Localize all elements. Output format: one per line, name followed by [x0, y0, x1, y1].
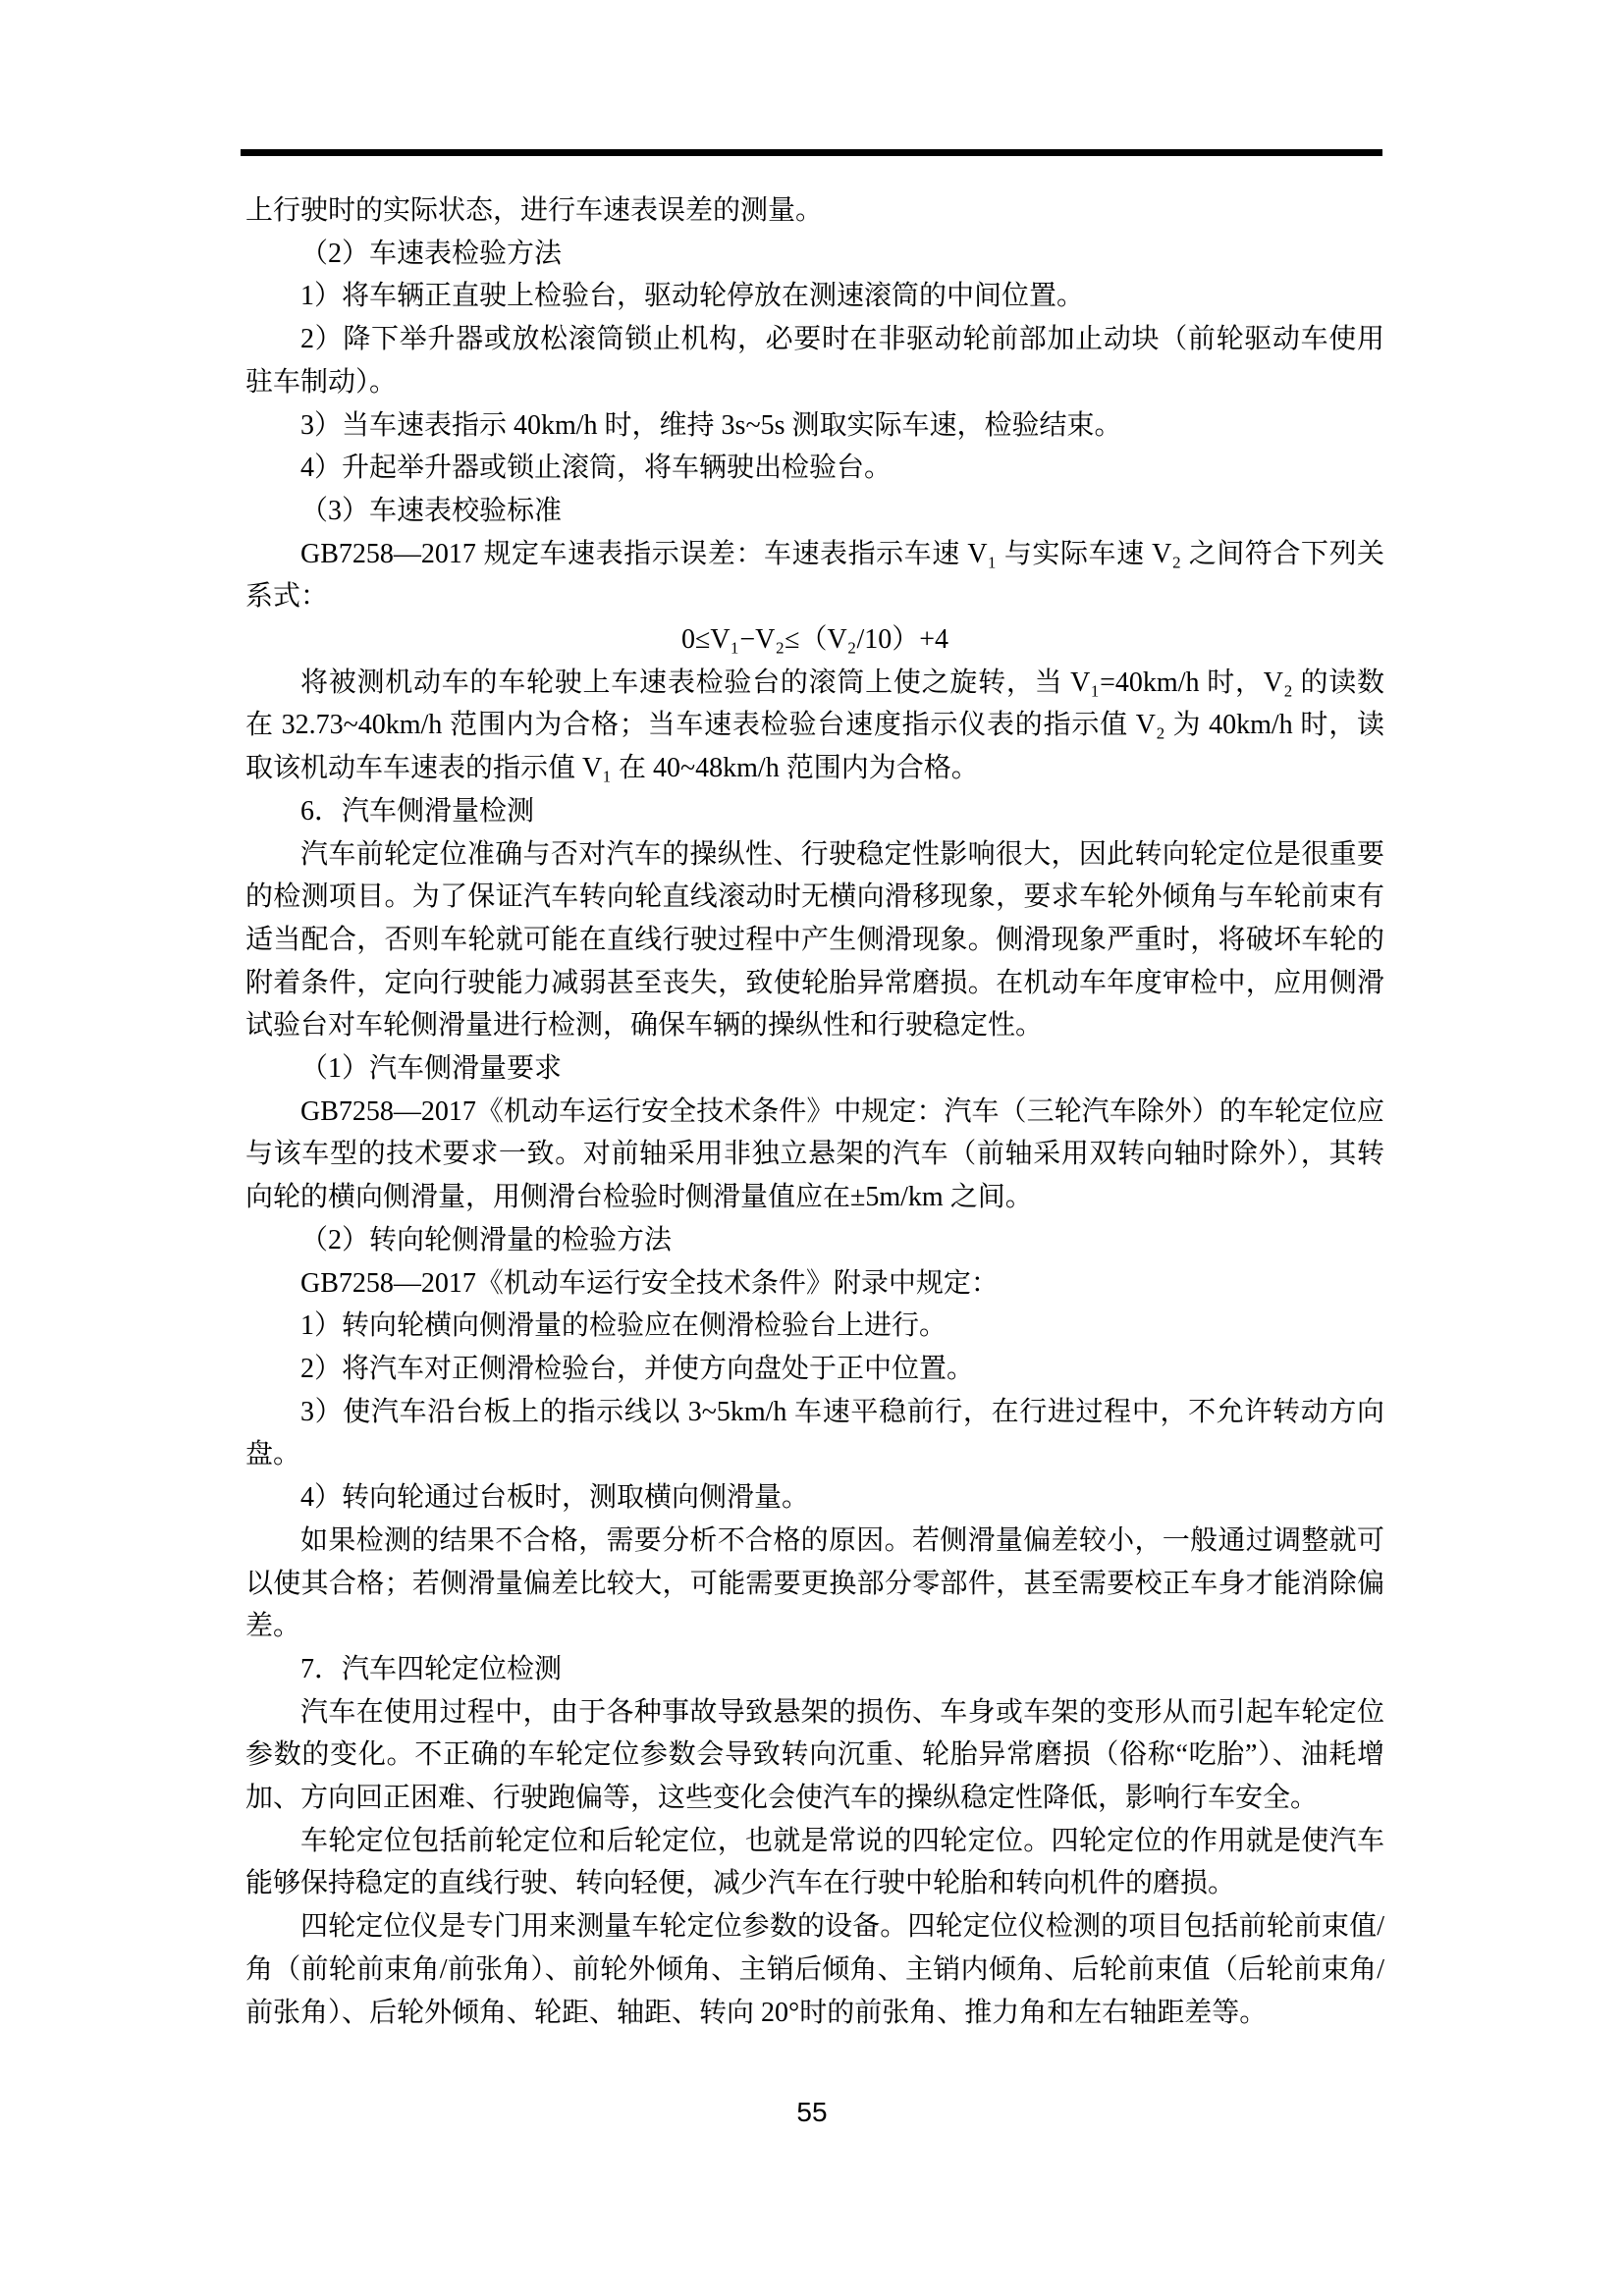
step-paragraph: 4）升起举升器或锁止滚筒，将车辆驶出检验台。 [245, 447, 1384, 490]
paragraph-continuation: 上行驶时的实际状态，进行车速表误差的测量。 [245, 189, 1384, 233]
paragraph: GB7258—2017《机动车运行安全技术条件》附录中规定： [245, 1262, 1384, 1306]
paragraph: 车轮定位包括前轮定位和后轮定位，也就是常说的四轮定位。四轮定位的作用就是使汽车能… [245, 1820, 1384, 1905]
document-page: 上行驶时的实际状态，进行车速表误差的测量。 （2）车速表检验方法 1）将车辆正直… [0, 0, 1624, 2296]
subsection-heading: （1）汽车侧滑量要求 [245, 1047, 1384, 1091]
page-body: 上行驶时的实际状态，进行车速表误差的测量。 （2）车速表检验方法 1）将车辆正直… [245, 189, 1384, 2034]
paragraph: 如果检测的结果不合格，需要分析不合格的原因。若侧滑量偏差较小，一般通过调整就可以… [245, 1520, 1384, 1648]
page-number: 55 [0, 2095, 1624, 2130]
step-paragraph: 3）使汽车沿台板上的指示线以 3~5km/h 车速平稳前行，在行进过程中，不允许… [245, 1391, 1384, 1476]
section-heading: 6．汽车侧滑量检测 [245, 790, 1384, 833]
step-paragraph: 1）将车辆正直驶上检验台，驱动轮停放在测速滚筒的中间位置。 [245, 275, 1384, 318]
paragraph: 四轮定位仪是专门用来测量车轮定位参数的设备。四轮定位仪检测的项目包括前轮前束值/… [245, 1905, 1384, 2034]
paragraph: 汽车在使用过程中，由于各种事故导致悬架的损伤、车身或车架的变形从而引起车轮定位参… [245, 1691, 1384, 1820]
paragraph: 将被测机动车的车轮驶上车速表检验台的滚筒上使之旋转，当 V₁=40km/h 时，… [245, 662, 1384, 790]
section-heading: 7．汽车四轮定位检测 [245, 1648, 1384, 1691]
paragraph: GB7258—2017 规定车速表指示误差：车速表指示车速 V₁ 与实际车速 V… [245, 533, 1384, 618]
formula: 0≤V₁−V₂≤（V₂/10）+4 [245, 618, 1384, 662]
subsection-heading: （3）车速表校验标准 [245, 490, 1384, 533]
step-paragraph: 1）转向轮横向侧滑量的检验应在侧滑检验台上进行。 [245, 1305, 1384, 1348]
step-paragraph: 3）当车速表指示 40km/h 时，维持 3s~5s 测取实际车速，检验结束。 [245, 404, 1384, 448]
step-paragraph: 4）转向轮通过台板时，测取横向侧滑量。 [245, 1476, 1384, 1520]
step-paragraph: 2）降下举升器或放松滚筒锁止机构，必要时在非驱动轮前部加止动块（前轮驱动车使用驻… [245, 318, 1384, 403]
subsection-heading: （2）转向轮侧滑量的检验方法 [245, 1219, 1384, 1262]
subsection-heading: （2）车速表检验方法 [245, 233, 1384, 276]
step-paragraph: 2）将汽车对正侧滑检验台，并使方向盘处于正中位置。 [245, 1348, 1384, 1391]
paragraph: GB7258—2017《机动车运行安全技术条件》中规定：汽车（三轮汽车除外）的车… [245, 1091, 1384, 1219]
header-rule [241, 149, 1382, 156]
paragraph: 汽车前轮定位准确与否对汽车的操纵性、行驶稳定性影响很大，因此转向轮定位是很重要的… [245, 833, 1384, 1048]
